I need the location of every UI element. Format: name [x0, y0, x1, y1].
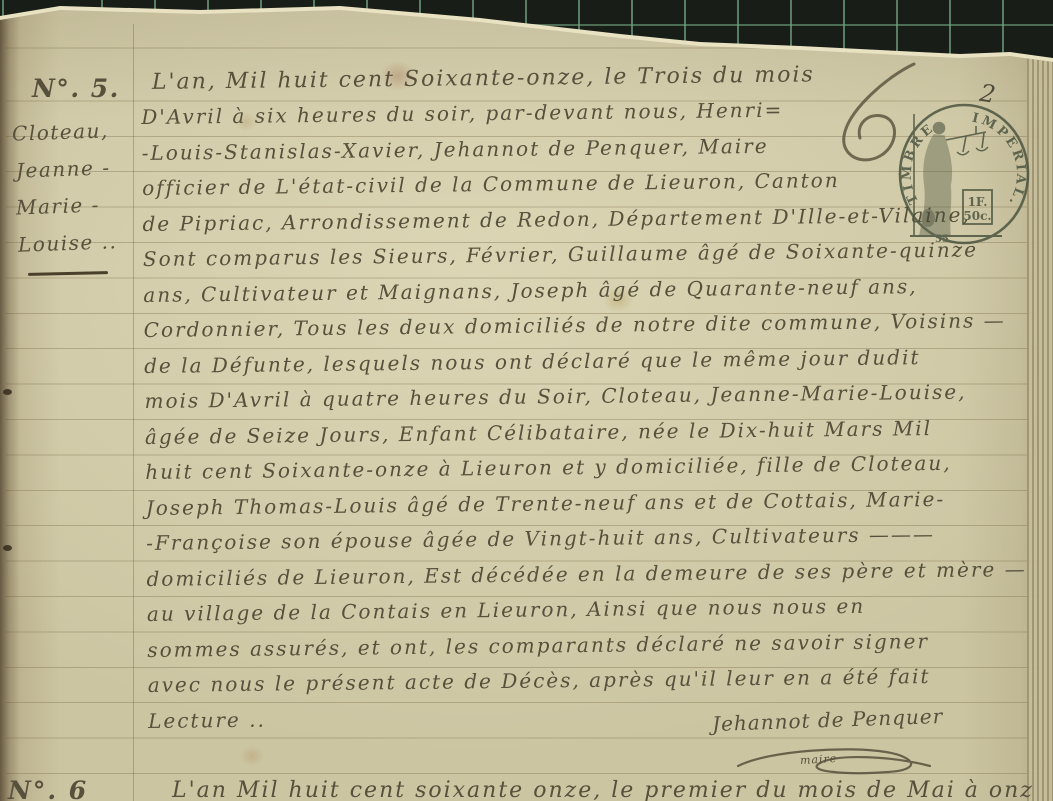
register-page: N°. 5. Cloteau, Jeanne - Marie - Louise … [0, 0, 1053, 801]
record-line: domiciliés de Lieuron, Est décédée en la… [146, 557, 1026, 591]
stamp-series-number: 55 [935, 234, 949, 245]
record-line: de la Défunte, lesquels nous ont déclaré… [144, 345, 921, 378]
mayor-title: maire [800, 752, 838, 767]
record-line: -Louis-Stanislas-Xavier, Jehannot de Pen… [142, 134, 769, 165]
record-line: de Pipriac, Arrondissement de Redon, Dép… [142, 203, 971, 236]
next-record-number: N°. 6 [8, 776, 88, 801]
record-line: Cordonnier, Tous les deux domiciliés de … [144, 308, 1006, 342]
record-line: âgée de Seize Jours, Enfant Célibataire,… [145, 416, 932, 449]
record-line: L'an, Mil huit cent Soixante-onze, le Tr… [152, 62, 815, 95]
record-line: D'Avril à six heures du soir, par-devant… [141, 98, 783, 129]
stamp-value-bottom: 50c. [963, 209, 991, 223]
record-line: Lecture .. [148, 708, 266, 733]
timbre-imperial-stamp-icon: TIMBRE IMPERIAL. 1F. 50c. 55 [884, 90, 1048, 262]
record-line: officier de L'état-civil de la Commune d… [142, 168, 840, 200]
record-line: au village de la Contais en Lieuron, Ain… [147, 594, 866, 626]
register-photo: N°. 5. Cloteau, Jeanne - Marie - Louise … [0, 0, 1053, 801]
record-line: Sont comparus les Sieurs, Février, Guill… [143, 238, 978, 271]
record-line: huit cent Soixante-onze à Lieuron et y d… [145, 451, 952, 484]
record-line: mois D'Avril à quatre heures du Soir, Cl… [144, 380, 966, 413]
stamp-value-top: 1F. [968, 195, 988, 209]
next-record-line: L'an Mil huit cent soixante onze, le pre… [172, 778, 1034, 801]
record-line: Joseph Thomas-Louis âgé de Trente-neuf a… [146, 487, 946, 520]
record-line: sommes assurés, et ont, les comparants d… [147, 629, 929, 662]
record-line: avec nous le présent acte de Décès, aprè… [148, 664, 931, 697]
record-line: -Françoise son épouse âgée de Vingt-huit… [146, 522, 935, 555]
record-line: ans, Cultivateur et Maignans, Joseph âgé… [143, 274, 918, 307]
